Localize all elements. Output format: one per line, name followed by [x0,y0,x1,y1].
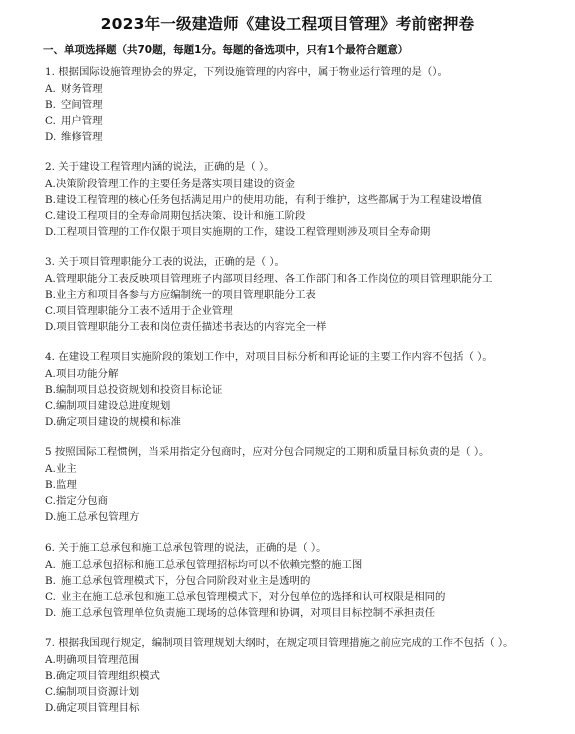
option-letter: C. [45,684,56,700]
option-text: 业主 [56,463,77,475]
question-2: 2. 关于建设工程管理内涵的说法，正确的是（ ）。 A.决策阶段管理工作的主要任… [45,159,565,240]
option-text: 确定项目管理组织模式 [56,670,160,682]
option-text: 财务管理 [61,83,103,95]
question-7: 7. 根据我国现行规定，编制项目管理规划大纲时，在规定项目管理措施之前应完成的工… [45,635,565,716]
option-text: 业主方和项目各参与方应编制统一的项目管理职能分工表 [56,289,316,301]
question-4: 4. 在建设工程项目实施阶段的策划工作中，对项目目标分析和再论证的主要工作内容不… [45,349,565,430]
option-text: 编制项目总投资规划和投资目标论证 [56,384,222,396]
option-text: 管理职能分工表反映项目管理班子内部项目经理、各工作部门和各工作岗位的项目管理职能… [56,273,492,285]
option-c: C.项目管理职能分工表不适用于企业管理 [45,303,565,319]
option-d: D.确定项目管理目标 [45,700,565,716]
question-stem: 5 按照国际工程惯例，当采用指定分包商时，应对分包合同规定的工期和质量目标负责的… [45,444,565,460]
option-letter: D. [45,414,56,430]
option-a: A.项目功能分解 [45,366,565,382]
option-text: 项目功能分解 [56,368,118,380]
option-b: B.监理 [45,477,565,493]
option-text: 施工总承包招标和施工总承包管理招标均可以不依赖完整的施工图 [61,559,362,571]
option-b: B.建设工程管理的核心任务包括满足用户的使用功能，有利于维护，这些都属于为工程建… [45,192,565,208]
option-letter: B. [45,97,61,113]
option-letter: A. [45,366,56,382]
option-text: 监理 [56,479,77,491]
option-text: 施工总承包管理方 [56,511,139,523]
option-b: B.编制项目总投资规划和投资目标论证 [45,382,565,398]
option-d: D.施工总承包管理方 [45,509,565,525]
option-c: C.业主在施工总承包和施工总承包管理模式下，对分包单位的选择和认可权限是相同的 [45,589,565,605]
question-stem: 4. 在建设工程项目实施阶段的策划工作中，对项目目标分析和再论证的主要工作内容不… [45,349,565,365]
option-a: A.明确项目管理范围 [45,652,565,668]
option-c: C.编制项目建设总进度规划 [45,398,565,414]
option-b: B.确定项目管理组织模式 [45,668,565,684]
option-letter: A. [45,652,56,668]
option-text: 项目管理职能分工表和岗位责任描述书表达的内容完全一样 [56,321,326,333]
option-a: A.施工总承包招标和施工总承包管理招标均可以不依赖完整的施工图 [45,557,565,573]
option-text: 用户管理 [61,115,103,127]
option-letter: B. [45,382,56,398]
option-text: 明确项目管理范围 [56,654,139,666]
option-letter: B. [45,477,56,493]
option-text: 指定分包商 [56,495,108,507]
question-1: 1. 根据国际设施管理协会的界定，下列设施管理的内容中，属于物业运行管理的是（）… [45,64,565,145]
option-letter: A. [45,557,61,573]
option-letter: C. [45,589,61,605]
option-letter: A. [45,461,56,477]
option-d: D.确定项目建设的规模和标准 [45,414,565,430]
option-text: 编制项目资源计划 [56,686,139,698]
option-letter: D. [45,605,61,621]
option-c: C.用户管理 [45,113,565,129]
question-stem: 6. 关于施工总承包和施工总承包管理的说法，正确的是（ ）。 [45,540,565,556]
option-letter: B. [45,192,56,208]
question-3: 3. 关于项目管理职能分工表的说法，正确的是（ ）。 A.管理职能分工表反映项目… [45,254,565,335]
option-c: C.编制项目资源计划 [45,684,565,700]
question-stem: 2. 关于建设工程管理内涵的说法，正确的是（ ）。 [45,159,565,175]
option-d: D.施工总承包管理单位负责施工现场的总体管理和协调，对项目目标控制不承担责任 [45,605,565,621]
option-text: 确定项目建设的规模和标准 [56,416,181,428]
option-text: 决策阶段管理工作的主要任务是落实项目建设的资金 [56,178,295,190]
option-a: A.管理职能分工表反映项目管理班子内部项目经理、各工作部门和各工作岗位的项目管理… [45,271,565,287]
option-text: 施工总承包管理模式下，分包合同阶段对业主是透明的 [61,575,310,587]
option-letter: D. [45,319,56,335]
question-stem: 3. 关于项目管理职能分工表的说法，正确的是（ ）。 [45,254,565,270]
option-letter: C. [45,208,56,224]
option-b: B.空间管理 [45,97,565,113]
option-text: 维修管理 [61,131,103,143]
option-text: 施工总承包管理单位负责施工现场的总体管理和协调，对项目目标控制不承担责任 [61,607,435,619]
section-header: 一、单项选择题（共70题，每题1分。每题的备选项中，只有1个最符合题意） [43,42,408,58]
option-letter: C. [45,113,61,129]
option-letter: A. [45,176,56,192]
option-d: D.工程项目管理的工作仅限于项目实施期的工作，建设工程管理则涉及项目全寿命期 [45,224,565,240]
exam-page: 2023年一级建造师《建设工程项目管理》考前密押卷 一、单项选择题（共70题，每… [0,0,575,734]
option-letter: C. [45,303,56,319]
option-d: D.项目管理职能分工表和岗位责任描述书表达的内容完全一样 [45,319,565,335]
question-stem: 1. 根据国际设施管理协会的界定，下列设施管理的内容中，属于物业运行管理的是（）… [45,64,565,80]
option-a: A.业主 [45,461,565,477]
option-b: B.施工总承包管理模式下，分包合同阶段对业主是透明的 [45,573,565,589]
option-letter: D. [45,224,56,240]
option-c: C.建设工程项目的全寿命周期包括决策、设计和施工阶段 [45,208,565,224]
option-letter: A. [45,81,61,97]
option-text: 空间管理 [61,99,103,111]
option-text: 建设工程项目的全寿命周期包括决策、设计和施工阶段 [56,210,305,222]
option-text: 编制项目建设总进度规划 [56,400,170,412]
option-b: B.业主方和项目各参与方应编制统一的项目管理职能分工表 [45,287,565,303]
option-a: A.决策阶段管理工作的主要任务是落实项目建设的资金 [45,176,565,192]
option-letter: B. [45,573,61,589]
option-letter: D. [45,129,61,145]
option-text: 确定项目管理目标 [56,702,139,714]
option-letter: B. [45,668,56,684]
option-letter: C. [45,493,56,509]
option-text: 项目管理职能分工表不适用于企业管理 [56,305,233,317]
option-d: D.维修管理 [45,129,565,145]
question-stem: 7. 根据我国现行规定，编制项目管理规划大纲时，在规定项目管理措施之前应完成的工… [45,635,565,651]
option-c: C.指定分包商 [45,493,565,509]
question-5: 5 按照国际工程惯例，当采用指定分包商时，应对分包合同规定的工期和质量目标负责的… [45,444,565,525]
option-a: A.财务管理 [45,81,565,97]
option-text: 工程项目管理的工作仅限于项目实施期的工作，建设工程管理则涉及项目全寿命期 [56,226,430,238]
option-letter: C. [45,398,56,414]
option-letter: D. [45,700,56,716]
option-letter: B. [45,287,56,303]
option-letter: A. [45,271,56,287]
document-title: 2023年一级建造师《建设工程项目管理》考前密押卷 [0,14,575,34]
question-6: 6. 关于施工总承包和施工总承包管理的说法，正确的是（ ）。 A.施工总承包招标… [45,540,565,621]
option-text: 建设工程管理的核心任务包括满足用户的使用功能，有利于维护，这些都属于为工程建设增… [56,194,482,206]
option-text: 业主在施工总承包和施工总承包管理模式下，对分包单位的选择和认可权限是相同的 [61,591,445,603]
option-letter: D. [45,509,56,525]
